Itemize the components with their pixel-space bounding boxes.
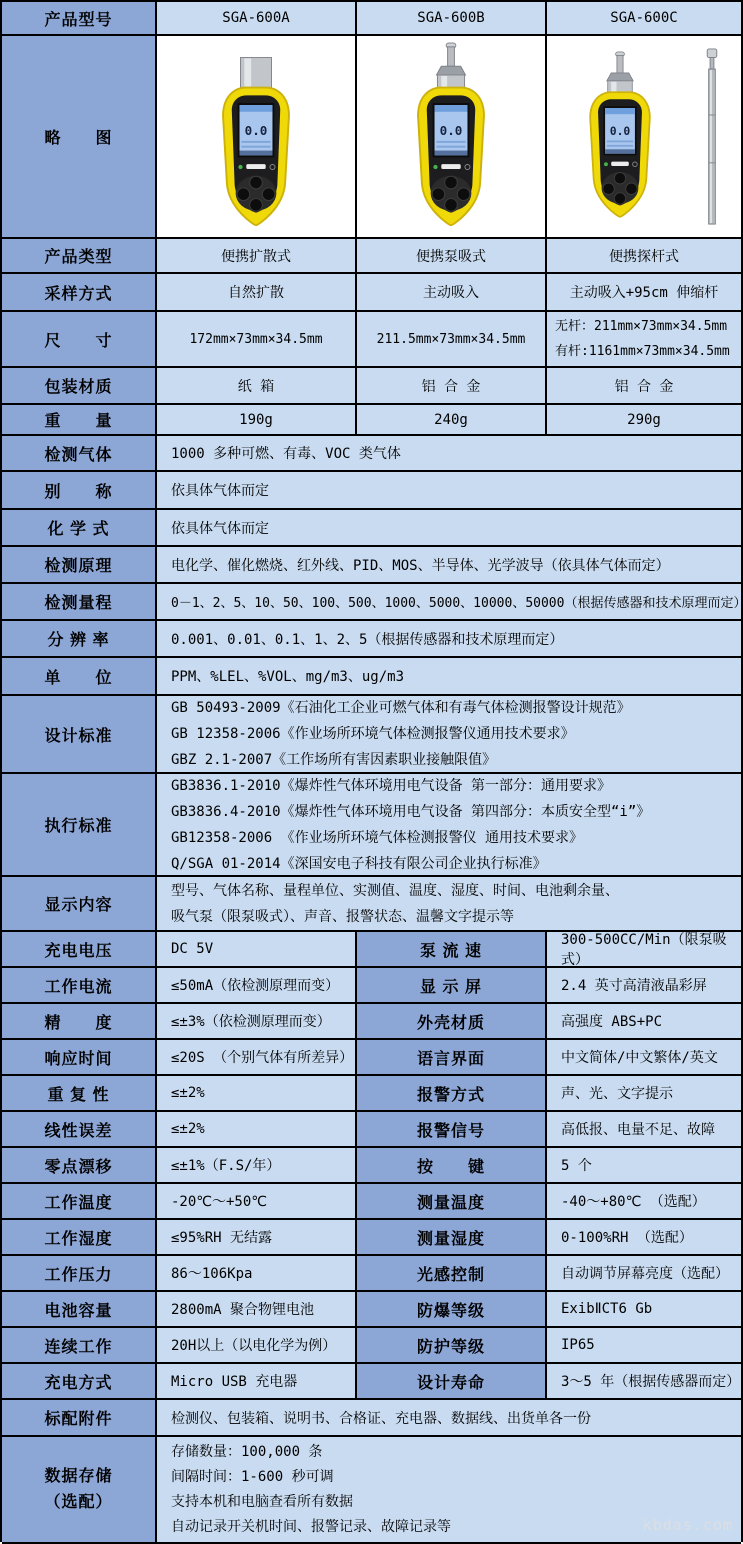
label-working-humidity: 工作湿度 <box>2 1220 155 1254</box>
value-response-time: ≤20S （个别气体有所差异） <box>157 1040 355 1074</box>
gas-detector-pump-icon: 0.0 <box>391 42 511 232</box>
label-resolution: 分 辨 率 <box>2 621 155 656</box>
value-display-content: 型号、气体名称、量程单位、实测值、温度、湿度、时间、电池剩余量、 吸气泵（限泵吸… <box>157 877 741 930</box>
value-alias: 依具体气体而定 <box>157 472 741 508</box>
value-sampling-c: 主动吸入+95cm 伸缩杆 <box>547 274 741 310</box>
value-design-standard: GB 50493-2009《石油化工企业可燃气体和有毒气体检测报警设计规范》 G… <box>157 696 741 772</box>
row-working-pressure-light-control: 工作压力 86～106Kpa 光感控制 自动调节屏幕亮度（选配） <box>2 1256 741 1292</box>
label-working-pressure: 工作压力 <box>2 1256 155 1290</box>
label-language: 语言界面 <box>357 1040 545 1074</box>
row-linearity-alarm-signal: 线性误差 ≤±2% 报警信号 高低报、电量不足、故障 <box>2 1112 741 1148</box>
storage-line-view: 支持本机和电脑查看所有数据 <box>171 1490 353 1515</box>
label-design-life: 设计寿命 <box>357 1364 545 1398</box>
value-language: 中文简体/中文繁体/英文 <box>547 1040 741 1074</box>
row-charging-voltage-pump-flow: 充电电压 DC 5V 泵 流 速 300-500CC/Min（限泵吸式） <box>2 932 741 968</box>
label-accuracy: 精 度 <box>2 1004 155 1038</box>
value-sampling-b: 主动吸入 <box>357 274 545 310</box>
label-battery-capacity: 电池容量 <box>2 1292 155 1326</box>
label-display-content: 显示内容 <box>2 877 155 930</box>
screen-reading: 0.0 <box>440 123 463 138</box>
row-working-temp-measure-temp: 工作温度 -20℃～+50℃ 测量温度 -40～+80℃ （选配） <box>2 1184 741 1220</box>
row-repeatability-alarm-mode: 重 复 性 ≤±2% 报警方式 声、光、文字提示 <box>2 1076 741 1112</box>
model-sga-600b: SGA-600B <box>357 2 545 34</box>
row-accessories: 标配附件 检测仪、包装箱、说明书、合格证、充电器、数据线、出货单各一份 <box>2 1400 741 1437</box>
value-keys: 5 个 <box>547 1148 741 1182</box>
data-storage-label-line1: 数据存储 <box>44 1464 112 1490</box>
value-charging-method: Micro USB 充电器 <box>157 1364 355 1398</box>
brand-strip <box>611 161 629 165</box>
row-continuous-protection: 连续工作 20H以上（以电化学为例） 防护等级 IP65 <box>2 1328 741 1364</box>
model-sga-600c: SGA-600C <box>547 2 741 34</box>
product-image-sga-600b: 0.0 <box>357 36 545 237</box>
label-continuous-working: 连续工作 <box>2 1328 155 1362</box>
value-size-a: 172mm×73mm×34.5mm <box>157 312 355 366</box>
storage-line-records: 自动记录开关机时间、报警记录、故障记录等 <box>171 1515 451 1540</box>
screen-reading: 0.0 <box>245 123 268 138</box>
label-explosion-proof: 防爆等级 <box>357 1292 545 1326</box>
label-charging-voltage: 充电电压 <box>2 932 155 966</box>
label-sampling-method: 采样方式 <box>2 274 155 310</box>
value-working-temperature: -20℃～+50℃ <box>157 1184 355 1218</box>
row-zero-drift-keys: 零点漂移 ≤±1%（F.S/年） 按 键 5 个 <box>2 1148 741 1184</box>
value-size-b: 211.5mm×73mm×34.5mm <box>357 312 545 366</box>
value-light-control: 自动调节屏幕亮度（选配） <box>547 1256 741 1290</box>
value-resolution: 0.001、0.01、0.1、1、2、5（根据传感器和技术原理而定） <box>157 621 741 656</box>
value-type-b: 便携泵吸式 <box>357 239 545 272</box>
exec-standard-line: Q/SGA 01-2014《深国安电子科技有限公司企业执行标准》 <box>171 851 547 876</box>
value-detect-gas: 1000 多种可燃、有毒、VOC 类气体 <box>157 436 741 470</box>
product-image-sga-600c: 0.0 <box>547 36 741 237</box>
value-type-c: 便携探杆式 <box>547 239 741 272</box>
label-charging-method: 充电方式 <box>2 1364 155 1398</box>
value-sampling-a: 自然扩散 <box>157 274 355 310</box>
exec-standard-line: GB12358-2006 《作业场所环境气体检测报警仪 通用技术要求》 <box>171 825 583 851</box>
value-measure-humidity: 0-100%RH （选配） <box>547 1220 741 1254</box>
watermark-kbdas: kbdas.com <box>643 1516 733 1534</box>
telescopic-rod-icon <box>702 48 722 226</box>
label-detect-principle: 检测原理 <box>2 547 155 582</box>
label-unit: 单 位 <box>2 658 155 694</box>
header-row: 产品型号 SGA-600A SGA-600B SGA-600C <box>2 2 741 36</box>
value-explosion-proof: ExibⅡCT6 Gb <box>547 1292 741 1326</box>
value-alarm-signal: 高低报、电量不足、故障 <box>547 1112 741 1146</box>
row-working-humidity-measure-humidity: 工作湿度 ≤95%RH 无结露 测量湿度 0-100%RH （选配） <box>2 1220 741 1256</box>
value-packing-b: 铝 合 金 <box>357 368 545 403</box>
row-packing-material: 包装材质 纸 箱 铝 合 金 铝 合 金 <box>2 368 741 405</box>
value-weight-b: 240g <box>357 405 545 434</box>
row-detect-gas: 检测气体 1000 多种可燃、有毒、VOC 类气体 <box>2 436 741 472</box>
value-working-humidity: ≤95%RH 无结露 <box>157 1220 355 1254</box>
value-zero-drift: ≤±1%（F.S/年） <box>157 1148 355 1182</box>
value-working-pressure: 86～106Kpa <box>157 1256 355 1290</box>
value-shell-material: 高强度 ABS+PC <box>547 1004 741 1038</box>
label-exec-standard: 执行标准 <box>2 774 155 875</box>
row-chemical-formula: 化 学 式 依具体气体而定 <box>2 510 741 547</box>
brand-strip <box>441 164 460 169</box>
label-weight: 重 量 <box>2 405 155 434</box>
label-packing-material: 包装材质 <box>2 368 155 403</box>
label-display-screen: 显 示 屏 <box>357 968 545 1002</box>
label-detect-range: 检测量程 <box>2 584 155 619</box>
row-battery-explosion-proof: 电池容量 2800mA 聚合物锂电池 防爆等级 ExibⅡCT6 Gb <box>2 1292 741 1328</box>
row-data-storage: 数据存储 （选配） 存储数量：100,000 条 间隔时间：1-600 秒可调 … <box>2 1437 741 1544</box>
label-zero-drift: 零点漂移 <box>2 1148 155 1182</box>
label-measure-humidity: 测量湿度 <box>357 1220 545 1254</box>
value-display-screen: 2.4 英寸高清液晶彩屏 <box>547 968 741 1002</box>
value-weight-c: 290g <box>547 405 741 434</box>
led-indicator <box>604 162 608 166</box>
size-c-no-rod: 无杆：211mm×73mm×34.5mm <box>555 314 727 339</box>
value-accuracy: ≤±3%（依检测原理而变） <box>157 1004 355 1038</box>
value-exec-standard: GB3836.1-2010《爆炸性气体环境用电气设备 第一部分：通用要求》 GB… <box>157 774 741 875</box>
row-weight: 重 量 190g 240g 290g <box>2 405 741 436</box>
product-image-sga-600a: 0.0 <box>157 36 355 237</box>
row-accuracy-shell-material: 精 度 ≤±3%（依检测原理而变） 外壳材质 高强度 ABS+PC <box>2 1004 741 1040</box>
storage-line-capacity: 存储数量：100,000 条 <box>171 1440 322 1465</box>
label-alarm-signal: 报警信号 <box>357 1112 545 1146</box>
label-linearity-error: 线性误差 <box>2 1112 155 1146</box>
label-design-standard: 设计标准 <box>2 696 155 772</box>
label-product-type: 产品类型 <box>2 239 155 272</box>
gas-detector-probe-icon: 0.0 <box>566 51 674 223</box>
row-response-time-language: 响应时间 ≤20S （个别气体有所差异） 语言界面 中文简体/中文繁体/英文 <box>2 1040 741 1076</box>
label-sketch: 略 图 <box>2 36 155 237</box>
value-chemical-formula: 依具体气体而定 <box>157 510 741 545</box>
value-unit: PPM、%LEL、%VOL、mg/m3、ug/m3 <box>157 658 741 694</box>
label-product-model: 产品型号 <box>2 2 155 34</box>
label-data-storage: 数据存储 （选配） <box>2 1437 155 1542</box>
value-charging-voltage: DC 5V <box>157 932 355 966</box>
value-working-current: ≤50mA（依检测原理而变） <box>157 968 355 1002</box>
label-alias: 别 称 <box>2 472 155 508</box>
label-accessories: 标配附件 <box>2 1400 155 1435</box>
design-standard-line: GB 50493-2009《石油化工企业可燃气体和有毒气体检测报警设计规范》 <box>171 696 631 721</box>
brand-strip <box>246 164 265 169</box>
value-detect-range: 0－1、2、5、10、50、100、500、1000、5000、10000、50… <box>157 584 741 619</box>
value-packing-a: 纸 箱 <box>157 368 355 403</box>
sketch-row: 略 图 0.0 <box>2 36 741 239</box>
display-content-line: 吸气泵（限泵吸式）、声音、报警状态、温馨文字提示等 <box>171 904 514 930</box>
value-measure-temperature: -40～+80℃ （选配） <box>547 1184 741 1218</box>
row-resolution: 分 辨 率 0.001、0.01、0.1、1、2、5（根据传感器和技术原理而定） <box>2 621 741 658</box>
row-product-type: 产品类型 便携扩散式 便携泵吸式 便携探杆式 <box>2 239 741 274</box>
row-detect-range: 检测量程 0－1、2、5、10、50、100、500、1000、5000、100… <box>2 584 741 621</box>
exec-standard-line: GB3836.1-2010《爆炸性气体环境用电气设备 第一部分：通用要求》 <box>171 774 611 799</box>
value-protection-level: IP65 <box>547 1328 741 1362</box>
row-exec-standard: 执行标准 GB3836.1-2010《爆炸性气体环境用电气设备 第一部分：通用要… <box>2 774 741 877</box>
led-indicator <box>433 164 437 168</box>
row-size: 尺 寸 172mm×73mm×34.5mm 211.5mm×73mm×34.5m… <box>2 312 741 368</box>
value-continuous-working: 20H以上（以电化学为例） <box>157 1328 355 1362</box>
row-working-current-display-screen: 工作电流 ≤50mA（依检测原理而变） 显 示 屏 2.4 英寸高清液晶彩屏 <box>2 968 741 1004</box>
design-standard-line: GBZ 2.1-2007《工作场所有害因素职业接触限值》 <box>171 747 496 772</box>
row-design-standard: 设计标准 GB 50493-2009《石油化工企业可燃气体和有毒气体检测报警设计… <box>2 696 741 774</box>
data-storage-label-line2: （选配） <box>44 1490 112 1516</box>
value-type-a: 便携扩散式 <box>157 239 355 272</box>
screen-reading: 0.0 <box>610 124 631 138</box>
led-indicator <box>238 164 242 168</box>
model-sga-600a: SGA-600A <box>157 2 355 34</box>
value-detect-principle: 电化学、催化燃烧、红外线、PID、MOS、半导体、光学波导（依具体气体而定） <box>157 547 741 582</box>
value-linearity-error: ≤±2% <box>157 1112 355 1146</box>
value-alarm-mode: 声、光、文字提示 <box>547 1076 741 1110</box>
value-packing-c: 铝 合 金 <box>547 368 741 403</box>
value-accessories: 检测仪、包装箱、说明书、合格证、充电器、数据线、出货单各一份 <box>157 1400 741 1435</box>
label-detect-gas: 检测气体 <box>2 436 155 470</box>
label-light-control: 光感控制 <box>357 1256 545 1290</box>
spec-table: 产品型号 SGA-600A SGA-600B SGA-600C 略 图 0.0 <box>0 0 743 1542</box>
label-size: 尺 寸 <box>2 312 155 366</box>
row-detect-principle: 检测原理 电化学、催化燃烧、红外线、PID、MOS、半导体、光学波导（依具体气体… <box>2 547 741 584</box>
gas-detector-diffusion-icon: 0.0 <box>196 42 316 232</box>
row-display-content: 显示内容 型号、气体名称、量程单位、实测值、温度、湿度、时间、电池剩余量、 吸气… <box>2 877 741 932</box>
label-repeatability: 重 复 性 <box>2 1076 155 1110</box>
value-battery-capacity: 2800mA 聚合物锂电池 <box>157 1292 355 1326</box>
size-c-with-rod: 有杆:1161mm×73mm×34.5mm <box>555 339 730 364</box>
label-response-time: 响应时间 <box>2 1040 155 1074</box>
row-charging-method-design-life: 充电方式 Micro USB 充电器 设计寿命 3～5 年（根据传感器而定） <box>2 1364 741 1400</box>
value-size-c: 无杆：211mm×73mm×34.5mm 有杆:1161mm×73mm×34.5… <box>547 312 741 366</box>
label-working-temperature: 工作温度 <box>2 1184 155 1218</box>
label-working-current: 工作电流 <box>2 968 155 1002</box>
value-weight-a: 190g <box>157 405 355 434</box>
row-alias: 别 称 依具体气体而定 <box>2 472 741 510</box>
value-pump-flow: 300-500CC/Min（限泵吸式） <box>547 932 741 966</box>
row-sampling-method: 采样方式 自然扩散 主动吸入 主动吸入+95cm 伸缩杆 <box>2 274 741 312</box>
exec-standard-line: GB3836.4-2010《爆炸性气体环境用电气设备 第四部分：本质安全型“i”… <box>171 799 650 825</box>
storage-line-interval: 间隔时间：1-600 秒可调 <box>171 1465 334 1490</box>
value-repeatability: ≤±2% <box>157 1076 355 1110</box>
design-standard-line: GB 12358-2006《作业场所环境气体检测报警仪通用技术要求》 <box>171 721 575 747</box>
label-protection-level: 防护等级 <box>357 1328 545 1362</box>
row-unit: 单 位 PPM、%LEL、%VOL、mg/m3、ug/m3 <box>2 658 741 696</box>
label-shell-material: 外壳材质 <box>357 1004 545 1038</box>
label-keys: 按 键 <box>357 1148 545 1182</box>
display-content-line: 型号、气体名称、量程单位、实测值、温度、湿度、时间、电池剩余量、 <box>171 878 619 904</box>
value-design-life: 3～5 年（根据传感器而定） <box>547 1364 741 1398</box>
label-pump-flow: 泵 流 速 <box>357 932 545 966</box>
label-measure-temperature: 测量温度 <box>357 1184 545 1218</box>
label-alarm-mode: 报警方式 <box>357 1076 545 1110</box>
label-chemical-formula: 化 学 式 <box>2 510 155 545</box>
